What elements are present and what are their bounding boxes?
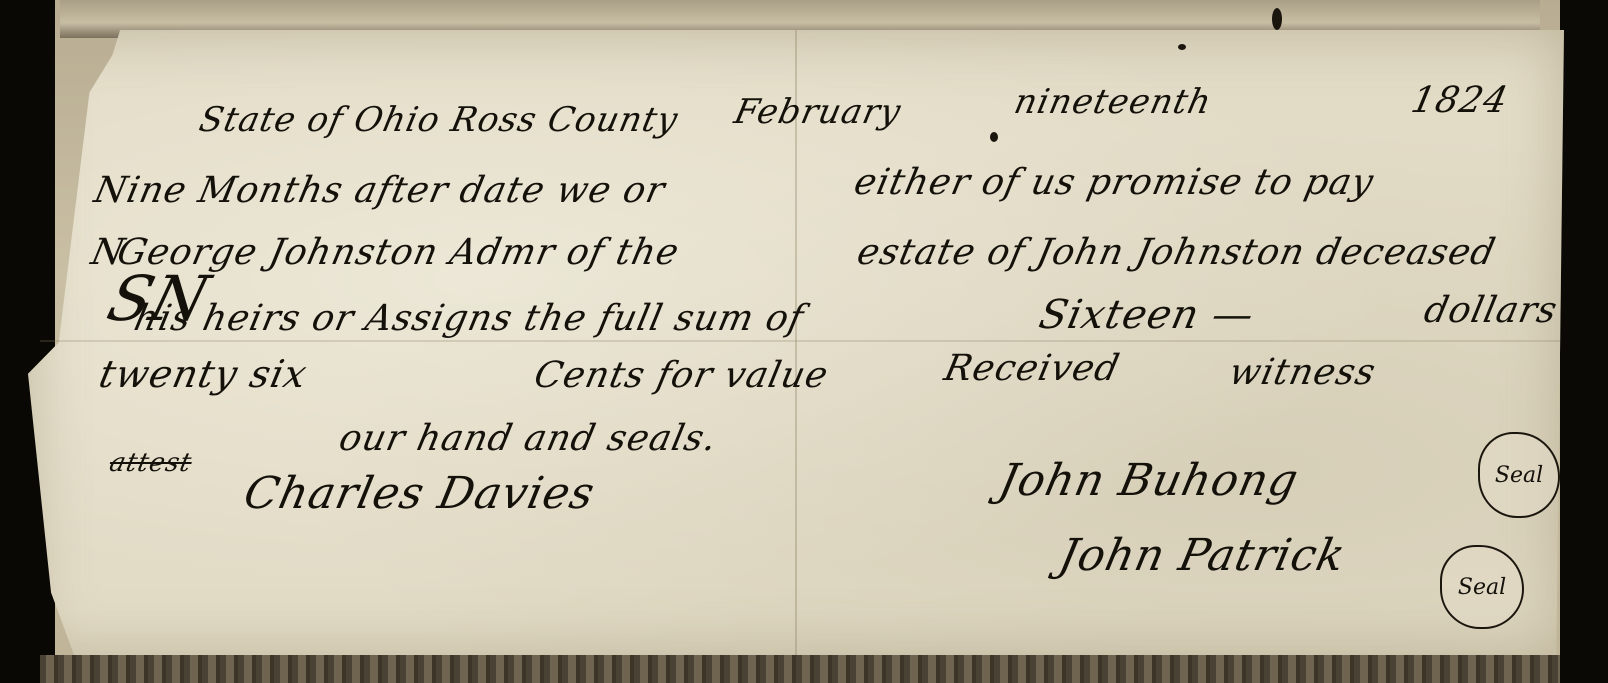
header-month: February <box>731 92 905 132</box>
signature-1: John Buhong <box>995 455 1304 506</box>
fold-line-horizontal <box>40 340 1560 342</box>
body-line-1-left: Nine Months after date we or <box>91 170 669 211</box>
witness-signature: Charles Davies <box>240 468 600 519</box>
ink-blot <box>1272 8 1282 30</box>
dark-right-edge <box>1560 0 1608 683</box>
received-word: Received <box>941 348 1124 389</box>
header-day: nineteenth <box>1011 82 1216 122</box>
witness-word: witness <box>1226 352 1380 393</box>
signature-2: John Patrick <box>1055 530 1351 581</box>
body-line-5: our hand and seals. <box>336 418 721 459</box>
body-line-3: his heirs or Assigns the full sum of <box>131 298 808 339</box>
ink-blot <box>990 132 998 142</box>
ink-blot <box>1178 44 1186 50</box>
body-line-1-right: either of us promise to pay <box>851 162 1378 203</box>
body-line-4-cents: Cents for value <box>531 355 833 396</box>
seal-1-label: Seal <box>1495 463 1543 488</box>
header-place: State of Ohio Ross County <box>196 100 682 140</box>
seal-1: Seal <box>1478 432 1560 518</box>
amount-dollars: Sixteen — <box>1035 292 1258 338</box>
seal-2: Seal <box>1440 545 1524 629</box>
dollars-label: dollars <box>1421 290 1562 331</box>
backing-bottom-strip <box>40 655 1608 683</box>
body-line-2-right: estate of John Johnston deceased <box>854 232 1500 273</box>
seal-2-label: Seal <box>1458 575 1506 600</box>
header-year: 1824 <box>1408 80 1512 121</box>
attest-label: attest <box>107 448 195 478</box>
amount-cents: twenty six <box>95 352 311 396</box>
